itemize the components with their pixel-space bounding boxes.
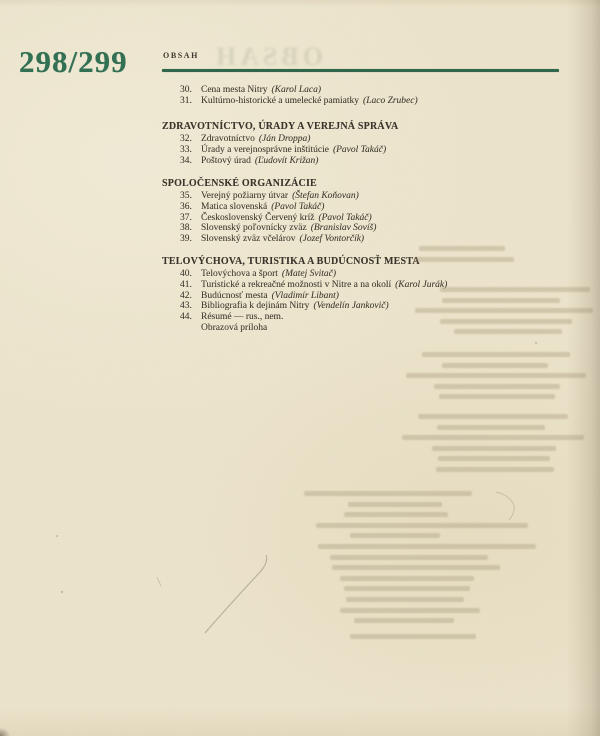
toc-entry-title: Turistické a rekreačné možnosti v Nitre … <box>201 280 391 290</box>
toc-entry-number: 31. <box>180 96 201 107</box>
toc-entry-author: (Vendelín Jankovič) <box>313 301 388 311</box>
toc-entry-author: (Karol Laca) <box>271 85 321 95</box>
toc-entry-author: (Karol Jurák) <box>395 280 447 290</box>
toc-entry-number: 44. <box>180 312 201 323</box>
toc-section-heading: TELOVÝCHOVA, TURISTIKA A BUDÚCNOSŤ MESTA <box>162 256 582 267</box>
toc-entry-title: Zdravotníctvo <box>201 134 255 144</box>
toc-entry: Obrazová príloha <box>180 323 582 334</box>
toc-entry-number: 40. <box>180 269 201 280</box>
toc-entry: 37.Československý Červený kríž(Pavol Tak… <box>180 213 582 224</box>
toc-entry-title: Verejný požiarny útvar <box>201 191 288 201</box>
toc-entry: 39.Slovenský zväz včelárov(Jozef Vontorč… <box>180 234 582 245</box>
toc-entry-title: Telovýchova a šport <box>201 269 278 279</box>
toc-entry-number: 41. <box>180 280 201 291</box>
toc-entry: 31.Kultúrno-historické a umelecké pamiat… <box>180 96 582 107</box>
toc-entry-author: (Pavol Takáč) <box>271 202 324 212</box>
toc-entry: 32.Zdravotníctvo(Ján Droppa) <box>180 134 582 145</box>
toc-entry: 42.Budúcnosť mesta(Vladimír Libant) <box>180 291 582 302</box>
toc-section: 30.Cena mesta Nitry(Karol Laca)31.Kultúr… <box>162 85 582 107</box>
toc-entry-number: 42. <box>180 291 201 302</box>
toc-entry-number: 33. <box>180 145 201 156</box>
toc-entry-number: 37. <box>180 213 201 224</box>
toc-entry-number: 36. <box>180 202 201 213</box>
toc-entry-title: Résumé — rus., nem. <box>201 312 283 322</box>
toc-entry-number: 39. <box>180 234 201 245</box>
toc-entry-author: (Vladimír Libant) <box>272 291 339 301</box>
toc-entry-title: Cena mesta Nitry <box>201 85 267 95</box>
toc-entry: 41.Turistické a rekreačné možnosti v Nit… <box>180 280 582 291</box>
toc-entry-author: (Laco Zrubec) <box>363 96 418 106</box>
toc-entry: 40.Telovýchova a šport(Matej Svitač) <box>180 269 582 280</box>
toc-entry-number: 32. <box>180 134 201 145</box>
toc-entry-title: Budúcnosť mesta <box>201 291 268 301</box>
toc-entry-title: Kultúrno-historické a umelecké pamiatky <box>201 96 359 106</box>
scanned-book-page: OBSAH 298/299 OBSAH 30.Cena mesta Nitry(… <box>0 0 600 736</box>
toc-entry: 35.Verejný požiarny útvar(Štefan Koňovan… <box>180 191 582 202</box>
toc-entry: 30.Cena mesta Nitry(Karol Laca) <box>180 85 582 96</box>
toc-entry-title: Československý Červený kríž <box>201 213 314 223</box>
toc-entry-title: Poštový úrad <box>201 156 251 166</box>
toc-section-heading: ZDRAVOTNÍCTVO, ÚRADY A VEREJNÁ SPRÁVA <box>162 121 582 132</box>
corner-smudge <box>0 728 10 736</box>
toc-entry-number: 43. <box>180 301 201 312</box>
toc-entry-author: (Ján Droppa) <box>259 134 311 144</box>
toc-section-heading: SPOLOČENSKÉ ORGANIZÁCIE <box>162 178 582 189</box>
toc-entry-title: Slovenský zväz včelárov <box>201 234 295 244</box>
toc-entry-number: 35. <box>180 191 201 202</box>
toc-entry: 44.Résumé — rus., nem. <box>180 312 582 323</box>
toc-entry-author: (Štefan Koňovan) <box>292 191 359 201</box>
toc-entry-title: Bibliografia k dejinám Nitry <box>201 301 309 311</box>
toc-entry-author: (Ľudovít Križan) <box>255 156 319 166</box>
toc-entry: 33.Úrady a verejnosprávne inštitúcie(Pav… <box>180 145 582 156</box>
toc-entry-title: Matica slovenská <box>201 202 267 212</box>
toc-entry-number: 30. <box>180 85 201 96</box>
toc-entry: 38.Slovenský poľovnícky zväz(Branislav S… <box>180 223 582 234</box>
page-edge-shadow <box>566 0 600 736</box>
toc-entry-author: (Matej Svitač) <box>282 269 336 279</box>
toc-section: TELOVÝCHOVA, TURISTIKA A BUDÚCNOSŤ MESTA… <box>162 256 582 334</box>
toc-entry-title: Slovenský poľovnícky zväz <box>201 223 307 233</box>
toc: 30.Cena mesta Nitry(Karol Laca)31.Kultúr… <box>0 0 600 736</box>
toc-entry: 34.Poštový úrad(Ľudovít Križan) <box>180 156 582 167</box>
toc-entry-author: (Pavol Takáč) <box>318 213 371 223</box>
toc-section: SPOLOČENSKÉ ORGANIZÁCIE35.Verejný požiar… <box>162 178 582 245</box>
toc-entry-author: (Pavol Takáč) <box>333 145 386 155</box>
toc-entry: 43.Bibliografia k dejinám Nitry(Vendelín… <box>180 301 582 312</box>
toc-entry-author: (Branislav Sovíš) <box>311 223 377 233</box>
toc-entry-title: Obrazová príloha <box>201 323 267 333</box>
toc-section: ZDRAVOTNÍCTVO, ÚRADY A VEREJNÁ SPRÁVA32.… <box>162 121 582 166</box>
toc-entry: 36.Matica slovenská(Pavol Takáč) <box>180 202 582 213</box>
toc-entry-author: (Jozef Vontorčík) <box>299 234 364 244</box>
toc-entry-title: Úrady a verejnosprávne inštitúcie <box>201 145 329 155</box>
toc-entry-number: 38. <box>180 223 201 234</box>
toc-entry-number: 34. <box>180 156 201 167</box>
